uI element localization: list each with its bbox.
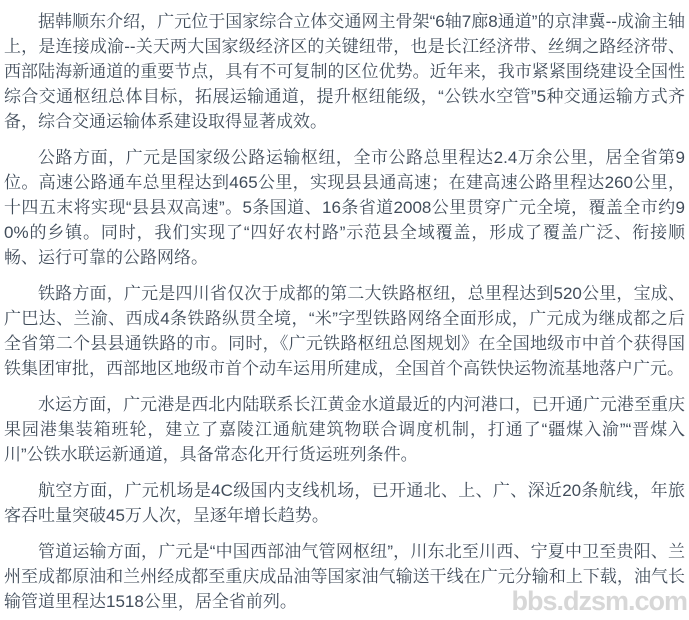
document-page: 据韩顺东介绍，广元位于国家综合立体交通网主骨架“6轴7廊8通道”的京津冀--成渝… <box>0 0 689 620</box>
paragraph-highway: 公路方面，广元是国家级公路运输枢纽，全市公路总里程达2.4万余公里，居全省第9位… <box>4 145 685 270</box>
paragraph-railway: 铁路方面，广元是四川省仅次于成都的第二大铁路枢纽，总里程达到520公里，宝成、广… <box>4 281 685 381</box>
article-body: 据韩顺东介绍，广元位于国家综合立体交通网主骨架“6轴7廊8通道”的京津冀--成渝… <box>0 0 689 614</box>
paragraph-waterway: 水运方面，广元港是西北内陆联系长江黄金水道最近的内河港口，已开通广元港至重庆果园… <box>4 392 685 467</box>
paragraph-intro: 据韩顺东介绍，广元位于国家综合立体交通网主骨架“6轴7廊8通道”的京津冀--成渝… <box>4 9 685 134</box>
site-watermark: bbs.dzsm.com <box>511 586 687 617</box>
paragraph-aviation: 航空方面，广元机场是4C级国内支线机场，已开通北、上、广、深近20条航线，年旅客… <box>4 478 685 528</box>
